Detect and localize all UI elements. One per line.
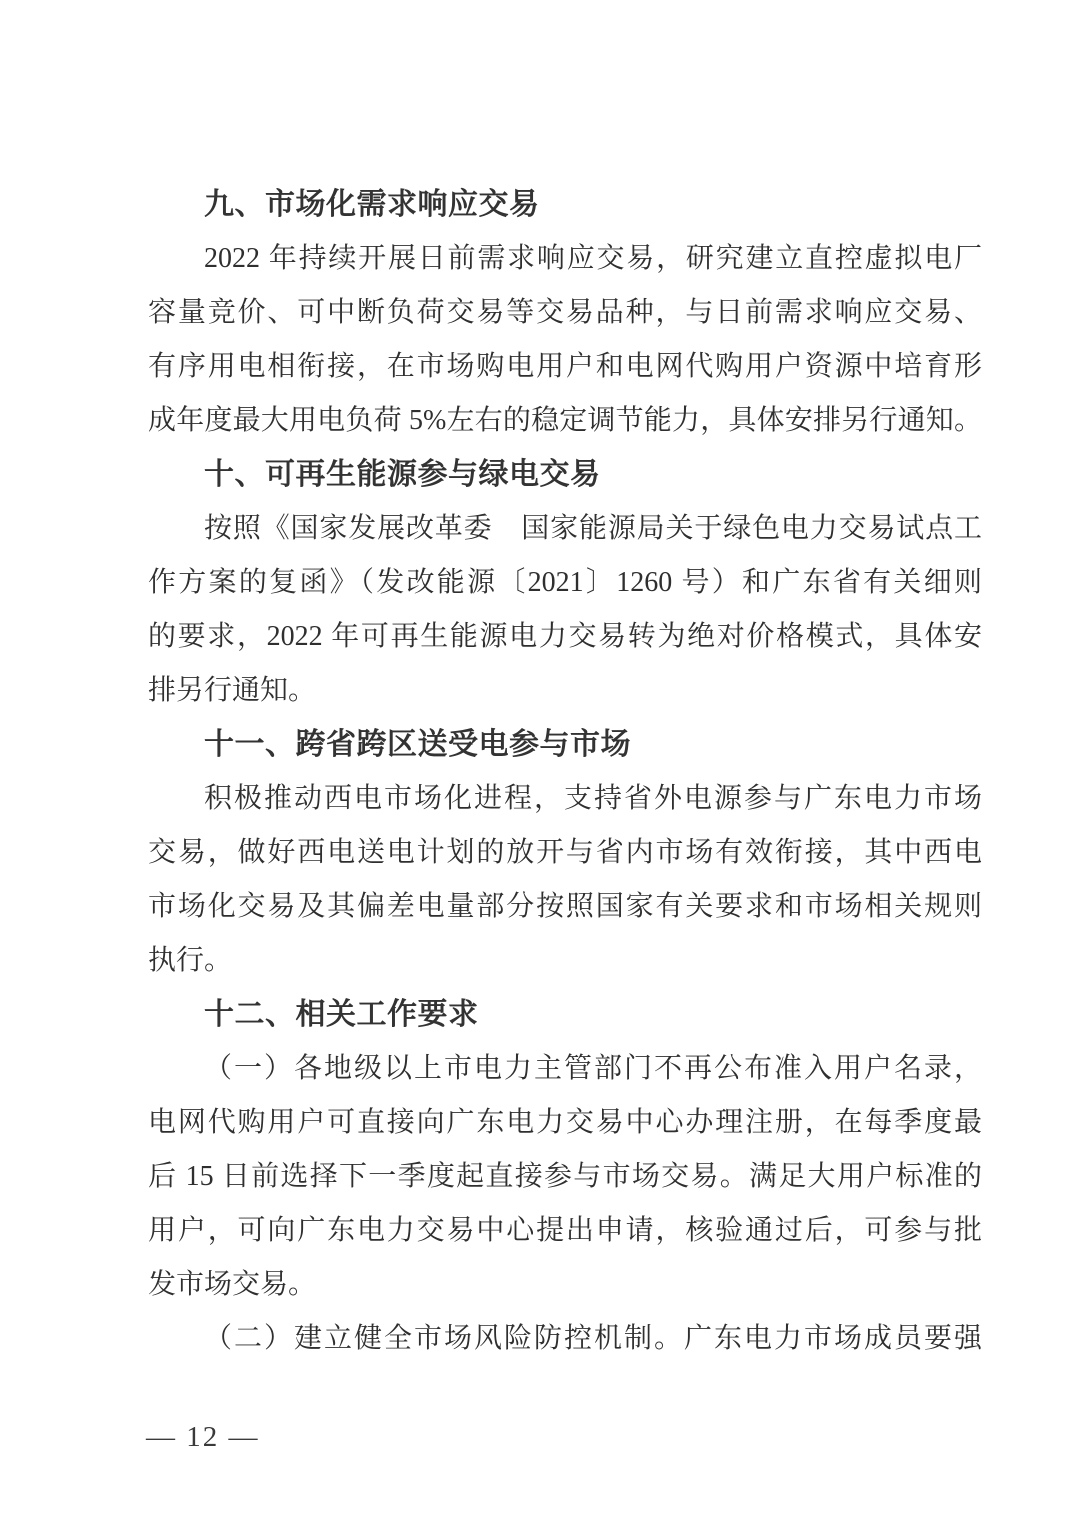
paragraph-line: （二）建立健全市场风险防控机制。广东电力市场成员要强 <box>148 1312 982 1366</box>
paragraph-line: 用户，可向广东电力交易中心提出申请，核验通过后，可参与批 <box>148 1204 982 1258</box>
paragraph-line: 市场化交易及其偏差电量部分按照国家有关要求和市场相关规则 <box>148 880 982 934</box>
paragraph-line: 交易，做好西电送电计划的放开与省内市场有效衔接，其中西电 <box>148 826 982 880</box>
paragraph-line: 作方案的复函》（发改能源〔2021〕1260 号）和广东省有关细则 <box>148 556 982 610</box>
heading-section-ten: 十、可再生能源参与绿电交易 <box>148 448 982 502</box>
document-text-area: 九、市场化需求响应交易 2022 年持续开展日前需求响应交易，研究建立直控虚拟电… <box>148 178 982 1366</box>
paragraph-line: 排另行通知。 <box>148 664 982 718</box>
paragraph-line: 执行。 <box>148 934 982 988</box>
paragraph-line: 按照《国家发展改革委 国家能源局关于绿色电力交易试点工 <box>148 502 982 556</box>
paragraph-line: 有序用电相衔接，在市场购电用户和电网代购用户资源中培育形 <box>148 340 982 394</box>
paragraph-line: 容量竞价、可中断负荷交易等交易品种，与日前需求响应交易、 <box>148 286 982 340</box>
paragraph-line: 后 15 日前选择下一季度起直接参与市场交易。满足大用户标准的 <box>148 1150 982 1204</box>
page-number: — 12 — <box>146 1410 260 1464</box>
paragraph-line: 2022 年持续开展日前需求响应交易，研究建立直控虚拟电厂 <box>148 232 982 286</box>
heading-section-nine: 九、市场化需求响应交易 <box>148 178 982 232</box>
paragraph-line: （一）各地级以上市电力主管部门不再公布准入用户名录， <box>148 1042 982 1096</box>
heading-section-eleven: 十一、跨省跨区送受电参与市场 <box>148 718 982 772</box>
document-page: 九、市场化需求响应交易 2022 年持续开展日前需求响应交易，研究建立直控虚拟电… <box>0 0 1080 1527</box>
heading-section-twelve: 十二、相关工作要求 <box>148 988 982 1042</box>
paragraph-line: 的要求，2022 年可再生能源电力交易转为绝对价格模式，具体安 <box>148 610 982 664</box>
paragraph-line: 成年度最大用电负荷 5%左右的稳定调节能力，具体安排另行通知。 <box>148 394 982 448</box>
paragraph-line: 电网代购用户可直接向广东电力交易中心办理注册，在每季度最 <box>148 1096 982 1150</box>
paragraph-line: 发市场交易。 <box>148 1258 982 1312</box>
paragraph-line: 积极推动西电市场化进程，支持省外电源参与广东电力市场 <box>148 772 982 826</box>
